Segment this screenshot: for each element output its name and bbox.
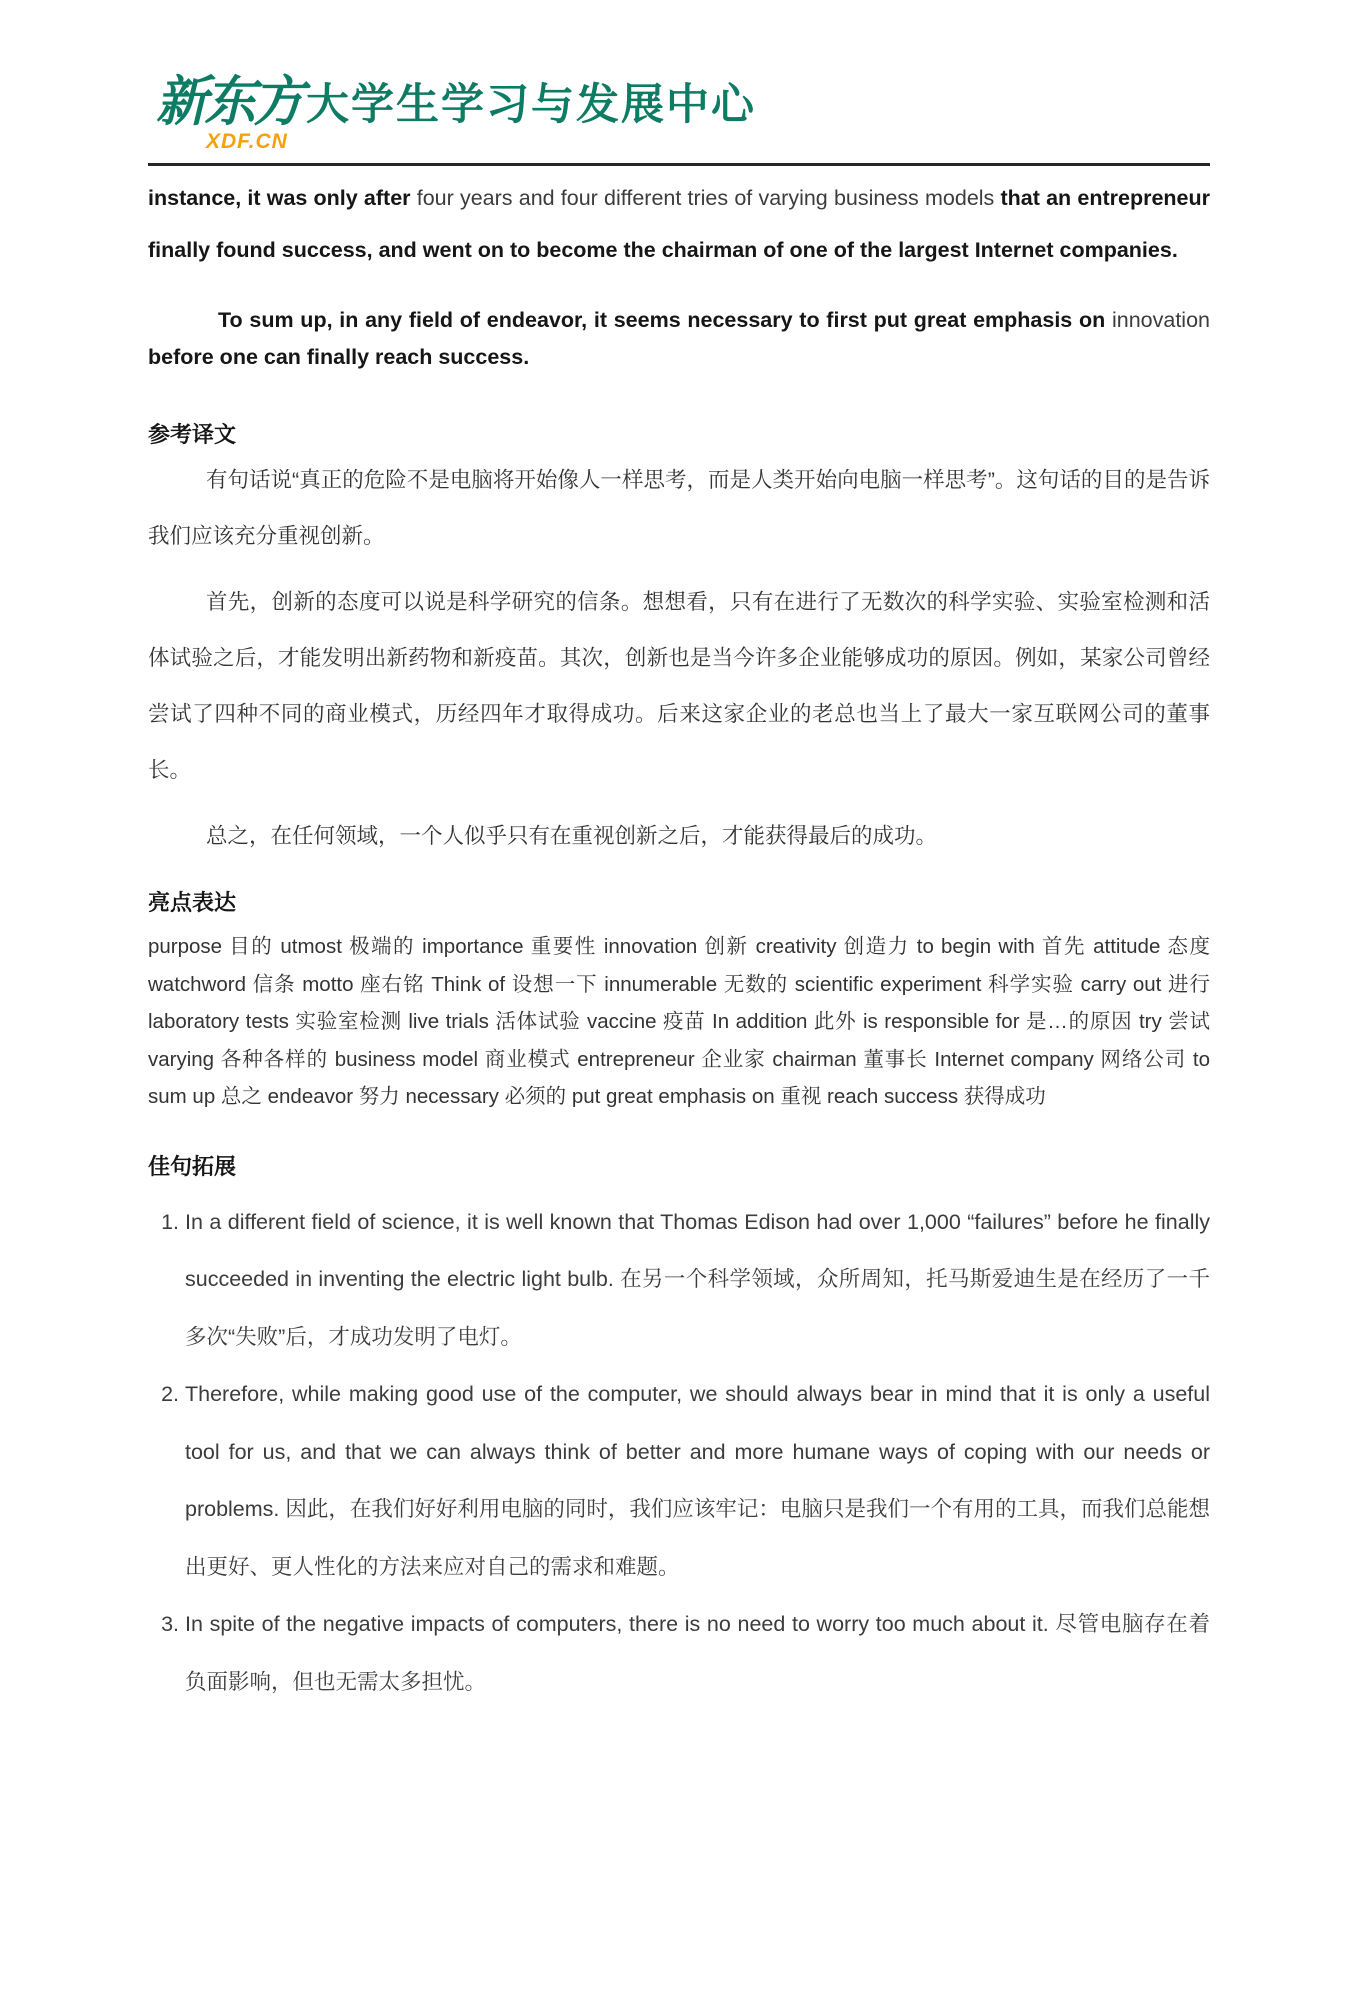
xdf-logo-domain: XDF.CN bbox=[206, 130, 288, 154]
header-divider bbox=[148, 163, 1210, 166]
xdf-logo-wordmark: 新东方 bbox=[156, 72, 301, 132]
reference-paragraph-1: 有句话说“真正的危险不是电脑将开始像人一样思考，而是人类开始向电脑一样思考”。这… bbox=[148, 452, 1210, 564]
sentence-list: In a different field of science, it is w… bbox=[148, 1194, 1210, 1712]
highlight-expressions-heading: 亮点表达 bbox=[148, 890, 1210, 916]
sentence-expansion-heading: 佳句拓展 bbox=[148, 1154, 1210, 1180]
center-title: 大学生学习与发展中心 bbox=[306, 80, 756, 130]
essay-paragraph-1: instance, it was only after four years a… bbox=[148, 172, 1210, 276]
essay-paragraph-2: To sum up, in any field of endeavor, it … bbox=[148, 302, 1210, 376]
highlight-expressions-text: purpose 目的 utmost 极端的 importance 重要性 inn… bbox=[148, 928, 1210, 1116]
reference-paragraph-3: 总之，在任何领域，一个人似乎只有在重视创新之后，才能获得最后的成功。 bbox=[148, 808, 1210, 864]
reference-translation-heading: 参考译文 bbox=[148, 422, 1210, 448]
sentence-item: In spite of the negative impacts of comp… bbox=[185, 1596, 1210, 1711]
document-page: 新东方 XDF.CN 大学生学习与发展中心 instance, it was o… bbox=[0, 0, 1358, 1995]
sentence-item: In a different field of science, it is w… bbox=[185, 1194, 1210, 1367]
reference-paragraph-2: 首先，创新的态度可以说是科学研究的信条。想想看，只有在进行了无数次的科学实验、实… bbox=[148, 574, 1210, 798]
page-header: 新东方 XDF.CN 大学生学习与发展中心 bbox=[148, 70, 1210, 166]
sentence-item: Therefore, while making good use of the … bbox=[185, 1366, 1210, 1596]
